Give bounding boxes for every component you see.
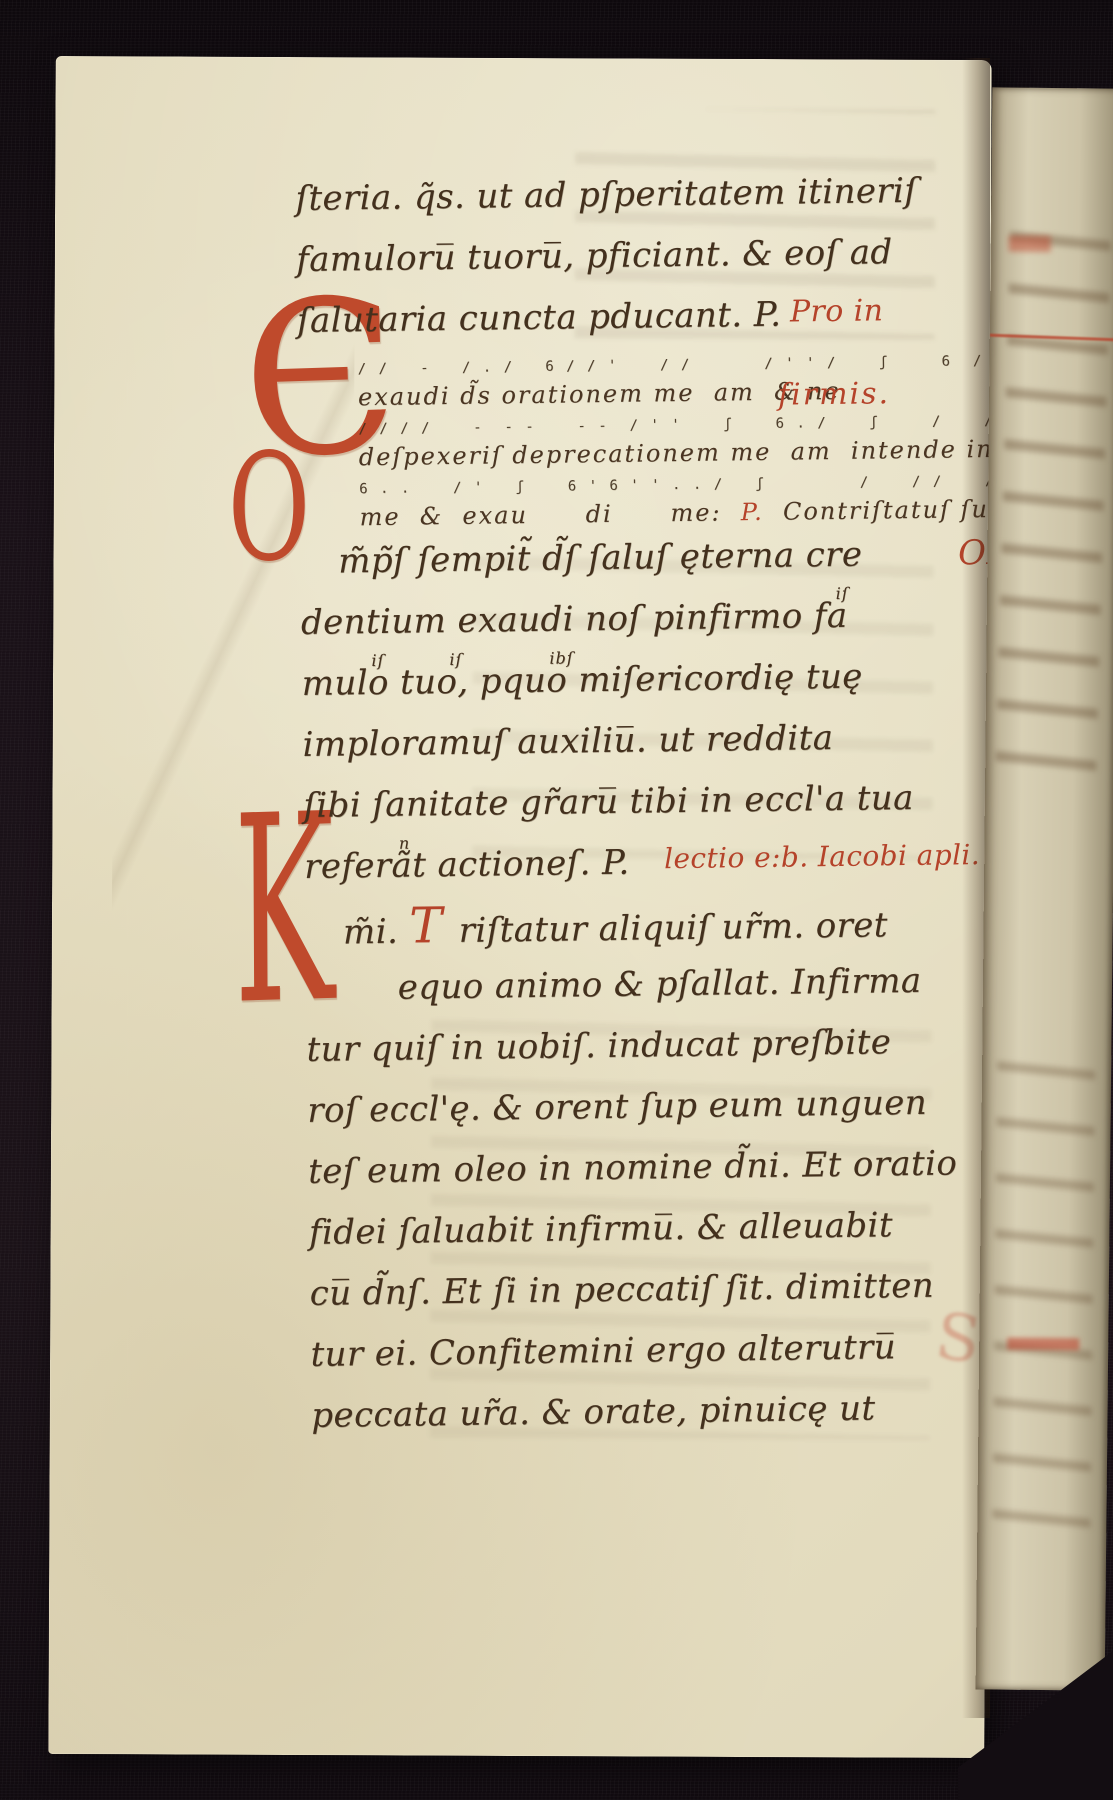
body-text: ſteria. q̃s. ut ad pſperitatem itineriſ <box>295 171 917 219</box>
body-text: fidei ſaluabit infirmu̅. & alleuabit <box>309 1205 893 1253</box>
body-text: me & exau di me: <box>359 498 741 531</box>
text-line: dentium exaudi noſ pinfirmo faiſ <box>301 594 991 643</box>
rubric-text: lectio e:b. Iacobi apli. <box>664 838 980 875</box>
body-text: tur quiſ in uobiſ. inducat preſbite <box>306 1022 891 1070</box>
body-text: famuloru̅ tuoru̅, pficiant. & eoſ ad <box>296 232 893 280</box>
text-line: roſ eccl'ę. & orent ſup eum unguen <box>307 1082 997 1131</box>
manuscript-photo: Є O K ſteria. q̃s. ut ad pſperitatem iti… <box>0 0 1113 1800</box>
text-line: mulo tuo, pquo miſericordię tuęiſiſibſ <box>302 655 992 704</box>
body-text: peccata ur̃a. & orate, pinuicę ut <box>311 1389 876 1436</box>
text-line: cu̅ d̃nſ. Et ſi in peccatiſ ſit. dimitte… <box>310 1265 1000 1314</box>
text-block: ſteria. q̃s. ut ad pſperitatem itineriſf… <box>295 170 1004 1659</box>
body-text: ſalutaria cuncta pducant. P. <box>297 295 782 341</box>
fore-edge-red-rubric-blur <box>1008 1338 1080 1351</box>
text-line: / / - / . / 6 / / ' / / / ' ' / ʃ 6 /exa… <box>298 352 1049 412</box>
rubric-text: T <box>409 896 459 955</box>
superscript-gloss: iſ <box>371 651 384 670</box>
fore-edge-blurred-text <box>996 191 1112 771</box>
body-text: imploramuſ auxiliu̅. ut reddita <box>302 718 833 765</box>
body-text: m̃p̃ſ ſempit̃ d̃ſ ſaluſ ęterna cre <box>338 535 863 582</box>
text-line: tur ei. Confitemini ergo alterutru̅ <box>310 1326 1000 1375</box>
body-text: tur ei. Confitemini ergo alterutru̅ <box>310 1327 896 1375</box>
text-line: ſteria. q̃s. ut ad pſperitatem itineriſ <box>295 170 985 219</box>
book-fore-edge <box>976 87 1113 1690</box>
body-text: mulo tuo, pquo miſericordię tuę <box>302 657 863 704</box>
rubric-text: P. <box>741 498 764 526</box>
superscript-gloss: iſ <box>449 650 462 669</box>
text-line: imploramuſ auxiliu̅. ut reddita <box>302 716 992 765</box>
body-text: riſtatur aliquiſ ur̃m. oret <box>458 905 888 951</box>
body-text: equo animo & pſallat. Infirma <box>398 961 922 1008</box>
body-text: dentium exaudi noſ pinfirmo fa <box>301 596 848 643</box>
text-line: m̃p̃ſ ſempit̃ d̃ſ ſaluſ ęterna creOR̃. <box>300 532 1028 582</box>
text-line: referãt actioneſ. P. lectio e:b. Iacobi … <box>304 838 994 887</box>
superscript-gloss: iſ <box>836 584 849 603</box>
body-text: m̃i. <box>343 912 410 953</box>
superscript-gloss: ibſ <box>549 648 574 667</box>
text-line: fidei ſaluabit infirmu̅. & alleuabit <box>309 1204 999 1253</box>
text-line: ſibi ſanitate gr̃aru̅ tibi in eccl'a tua <box>303 777 993 826</box>
body-text: referãt actioneſ. P. <box>304 842 652 887</box>
rubric-text: Pro in <box>790 293 884 329</box>
text-line: tur quiſ in uobiſ. inducat preſbite <box>306 1021 996 1070</box>
text-line: famuloru̅ tuoru̅, pficiant. & eoſ ad <box>296 231 986 280</box>
body-text: cu̅ d̃nſ. Et ſi in peccatiſ ſit. dimitte… <box>310 1266 935 1314</box>
parchment-leaf: Є O K ſteria. q̃s. ut ad pſperitatem iti… <box>48 56 991 1758</box>
body-text: teſ eum oleo in nomine d̃ni. Et oratio <box>308 1143 958 1191</box>
body-text: roſ eccl'ę. & orent ſup eum unguen <box>307 1083 927 1131</box>
rubric-text: firmis. <box>778 376 890 412</box>
text-line: peccata ur̃a. & orate, pinuicę ut <box>311 1387 1001 1436</box>
text-line: 6 . . / ' ʃ 6 ' 6 ' ' . . / ʃ / / / /me … <box>299 472 1050 532</box>
superscript-gloss: n <box>399 834 411 853</box>
text-line: / / / / - - - - - / ' ' ʃ 6 . / ʃ / / ʃd… <box>298 412 1049 472</box>
fore-edge-blurred-text <box>993 1018 1096 1528</box>
body-text: ſibi ſanitate gr̃aru̅ tibi in eccl'a tua <box>303 778 914 826</box>
body-text: exaudi d̃s orationem me am & ne <box>358 377 841 411</box>
text-line: ſalutaria cuncta pducant. P.Pro in <box>297 292 987 341</box>
text-line: m̃i. T riſtatur aliquiſ ur̃m. oret <box>305 898 1034 953</box>
text-line: teſ eum oleo in nomine d̃ni. Et oratio <box>308 1143 998 1192</box>
fore-edge-red-smudge <box>1009 236 1051 252</box>
